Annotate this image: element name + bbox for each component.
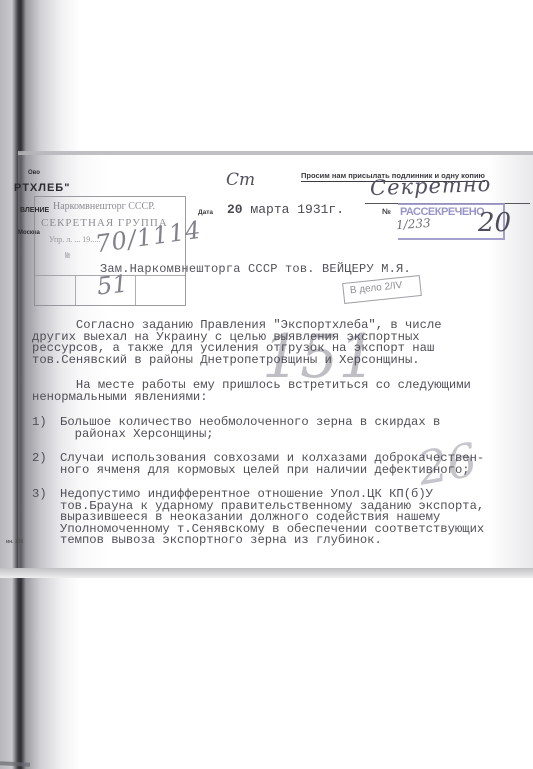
list-item-number: 3) [32, 489, 60, 547]
stamp-column-line [75, 275, 76, 305]
addressee: Зам.Наркомвнешторга СССР тов. ВЕЙЦЕРУ М.… [100, 262, 411, 276]
date-value: 20 марта 1931г. [227, 202, 344, 217]
registration-handwritten: 1/233 [396, 216, 431, 232]
list-item-text: Случаи использования совхозами и колхаза… [60, 453, 484, 476]
sheet-bottom-edge [0, 568, 533, 578]
stamp-column-line [135, 275, 136, 305]
list-item: 3) Недопустимо индифферентное отношение … [32, 489, 532, 547]
sheet-top-edge [18, 151, 533, 155]
edge-archive-mark: ин. 106 [6, 539, 23, 545]
marginal-handwritten-note: Ст [226, 170, 255, 190]
classification-handwritten: Секретно [370, 172, 492, 200]
letter-body: Согласно заданию Правления "Экспортхлеба… [32, 320, 532, 560]
registration-stamp: Наркомвнешторг СССР. СЕКРЕТНАЯ ГРУППА Уп… [34, 196, 186, 306]
issues-list: 1) Большое количество необмолоченного зе… [32, 417, 532, 547]
date-month-year: марта 1931г. [243, 202, 344, 217]
list-item-number: 1) [32, 417, 60, 440]
paragraph: Согласно заданию Правления "Экспортхлеба… [32, 320, 532, 366]
date-day: 20 [227, 202, 243, 217]
list-item: 1) Большое количество необмолоченного зе… [32, 417, 532, 440]
list-item-text: Большое количество необмолоченного зерна… [60, 417, 440, 440]
to-file-stamp-text: В дело 2/IV [349, 280, 402, 296]
number-handwritten: 20 [478, 208, 511, 238]
letterhead-top-line: Ово [28, 170, 40, 176]
stamp-ministry: Наркомвнешторг СССР. [53, 201, 155, 212]
list-item: 2) Случаи использования совхозами и колх… [32, 453, 532, 476]
list-item-text: Недопустимо индифферентное отношение Упо… [60, 489, 484, 547]
list-item-number: 2) [32, 453, 60, 476]
stamp-number-label: № [65, 251, 70, 261]
number-label: № [382, 207, 391, 216]
letterhead-organization: РТХЛЕБ" [14, 182, 70, 194]
paragraph: На месте работы ему пришлось встретиться… [32, 380, 532, 403]
date-label: Дата [198, 209, 213, 216]
stamp-dept: Упр. л. ... 19..... [49, 235, 100, 244]
